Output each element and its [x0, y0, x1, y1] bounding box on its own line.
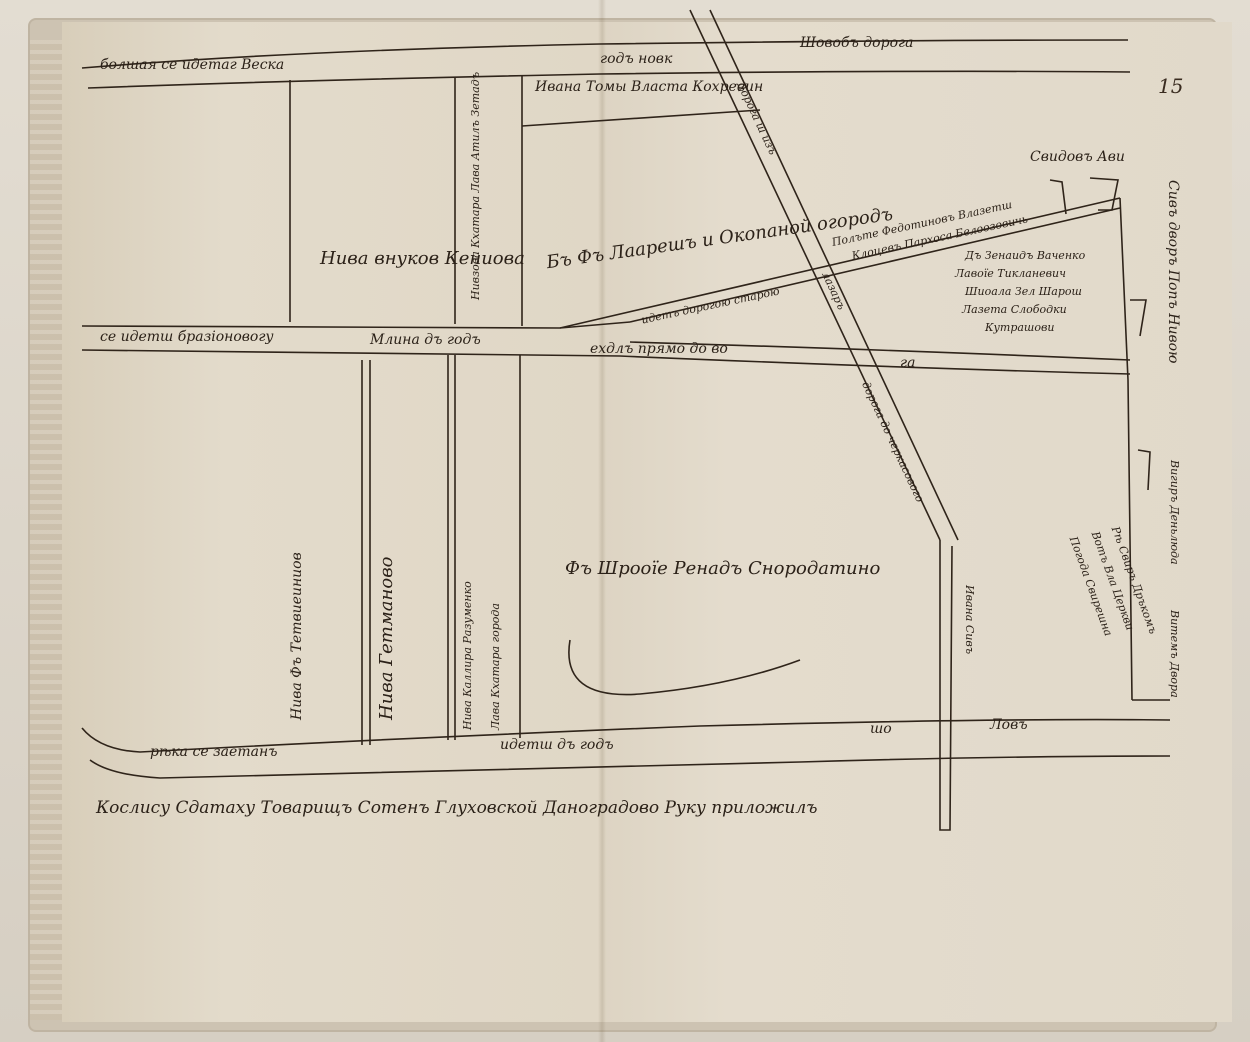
- svidov-label: Свидовъ Ави: [1030, 150, 1125, 164]
- plot-strip-3: Нива Каллира Разуменко: [462, 581, 473, 730]
- plot-narrow-strip-top: Нивзова Кхатара Лава Атилъ Зетадъ: [470, 72, 481, 300]
- right-margin-vertical: Сивъ дворъ Попъ Нивою: [1166, 180, 1180, 363]
- plot-nava-vnukov: Нива внуков Кениова: [320, 250, 525, 268]
- central-right-vertical: Ивана Сивъ: [964, 585, 975, 654]
- upper-right-owner-4: Лазета Слободки: [962, 304, 1067, 315]
- bottom-road-label-far-right: Ловъ: [990, 718, 1028, 732]
- upper-right-owner-5: Кутрашови: [985, 322, 1054, 333]
- top-road-label-left: болшая се идетаг Веска: [100, 58, 284, 72]
- middle-road-label-right: ехдлъ прямо до во: [590, 342, 728, 356]
- folio-number: 15: [1158, 74, 1183, 98]
- upper-right-owner-1: Дъ Зенаидъ Ваченко: [965, 250, 1085, 261]
- upper-right-owner-2: Лавоїе Тикланевич: [955, 268, 1066, 279]
- bottom-road-label-left: рѣка се заетанъ: [150, 745, 278, 759]
- center-plot-label: Фъ Шрооїе Ренадъ Снородатино: [565, 560, 880, 578]
- middle-road-label-left: се идетш бразіоновогу: [100, 330, 274, 344]
- bottom-road-label-middle: идетш дъ годъ: [500, 738, 614, 752]
- bottom-road-label-right: шо: [870, 722, 892, 736]
- far-right-small: Вигиръ Деньлюда: [1169, 460, 1180, 565]
- top-road-label-middle: годъ новк: [600, 52, 672, 66]
- top-road-label-right: Шовобъ дорога: [800, 36, 913, 50]
- plot-strip-4: Лава Кхатара города: [490, 603, 501, 730]
- far-right-lower: Витемъ Двора: [1169, 610, 1180, 698]
- plot-nava-vertical-left: Нива Фъ Тетвиеиниов: [290, 552, 304, 720]
- middle-road-label-middle: Млина дъ годъ: [370, 333, 481, 347]
- plot-nava-strip-2: Нива Гетманово: [378, 556, 396, 720]
- plot-ivan-tomy: Ивана Томы Власта Кохревин: [535, 80, 763, 94]
- footer-signature-note: Кослису Сдатаху Товарищъ Сотенъ Глуховск…: [96, 800, 817, 817]
- upper-right-owner-3: Шиоала Зел Шарош: [965, 286, 1082, 297]
- ivan-plot-bottom: [522, 110, 760, 126]
- middle-road-label-far-right: га: [900, 356, 915, 370]
